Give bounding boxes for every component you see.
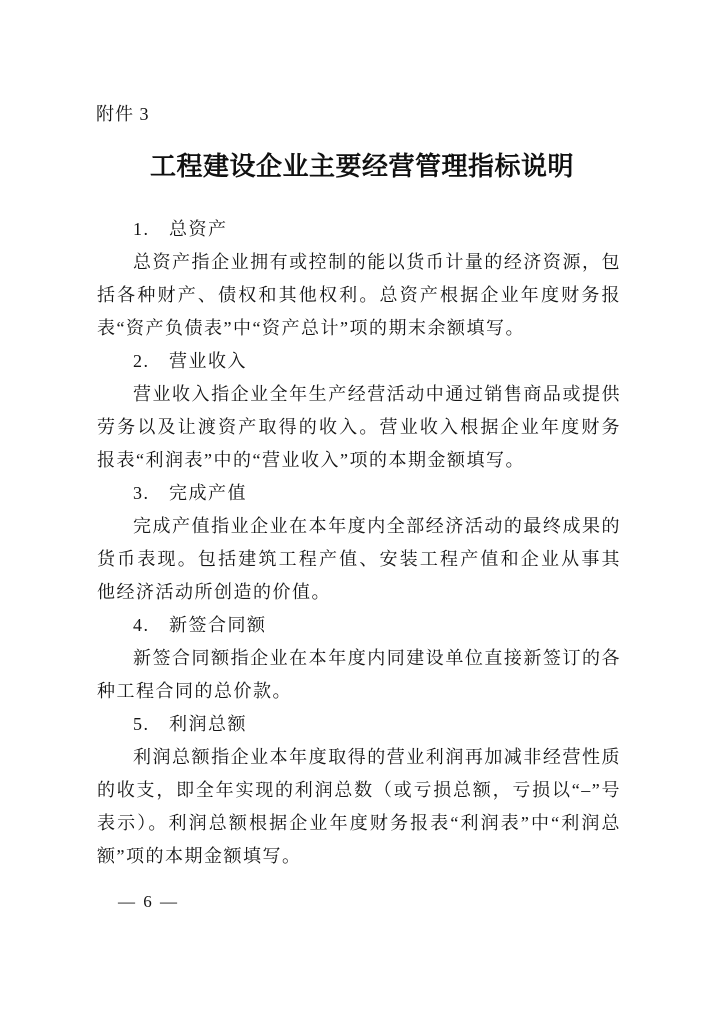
section-paragraph: 营业收入指企业全年生产经营活动中通过销售商品或提供劳务以及让渡资产取得的收入。营… [97, 378, 621, 477]
attachment-label: 附件 3 [96, 100, 150, 126]
document-body: 1. 总资产 总资产指企业拥有或控制的能以货币计量的经济资源，包括各种财产、债权… [97, 213, 621, 873]
section-heading: 3. 完成产值 [97, 477, 621, 510]
section-heading: 5. 利润总额 [97, 708, 621, 741]
section-new-contracts: 4. 新签合同额 新签合同额指企业在本年度内同建设单位直接新签订的各种工程合同的… [97, 609, 621, 708]
document-title: 工程建设企业主要经营管理指标说明 [0, 146, 724, 183]
section-heading: 4. 新签合同额 [97, 609, 621, 642]
section-heading: 2. 营业收入 [97, 345, 621, 378]
section-completed-output: 3. 完成产值 完成产值指业企业在本年度内全部经济活动的最终成果的货币表现。包括… [97, 477, 621, 609]
section-paragraph: 利润总额指企业本年度取得的营业利润再加减非经营性质的收支，即全年实现的利润总数（… [97, 741, 621, 873]
section-total-assets: 1. 总资产 总资产指企业拥有或控制的能以货币计量的经济资源，包括各种财产、债权… [97, 213, 621, 345]
section-paragraph: 总资产指企业拥有或控制的能以货币计量的经济资源，包括各种财产、债权和其他权利。总… [97, 246, 621, 345]
section-paragraph: 完成产值指业企业在本年度内全部经济活动的最终成果的货币表现。包括建筑工程产值、安… [97, 510, 621, 609]
page-number: — 6 — [118, 892, 179, 912]
section-paragraph: 新签合同额指企业在本年度内同建设单位直接新签订的各种工程合同的总价款。 [97, 642, 621, 708]
section-total-profit: 5. 利润总额 利润总额指企业本年度取得的营业利润再加减非经营性质的收支，即全年… [97, 708, 621, 873]
section-operating-revenue: 2. 营业收入 营业收入指企业全年生产经营活动中通过销售商品或提供劳务以及让渡资… [97, 345, 621, 477]
document-page: 附件 3 工程建设企业主要经营管理指标说明 1. 总资产 总资产指企业拥有或控制… [0, 0, 724, 1024]
section-heading: 1. 总资产 [97, 213, 621, 246]
